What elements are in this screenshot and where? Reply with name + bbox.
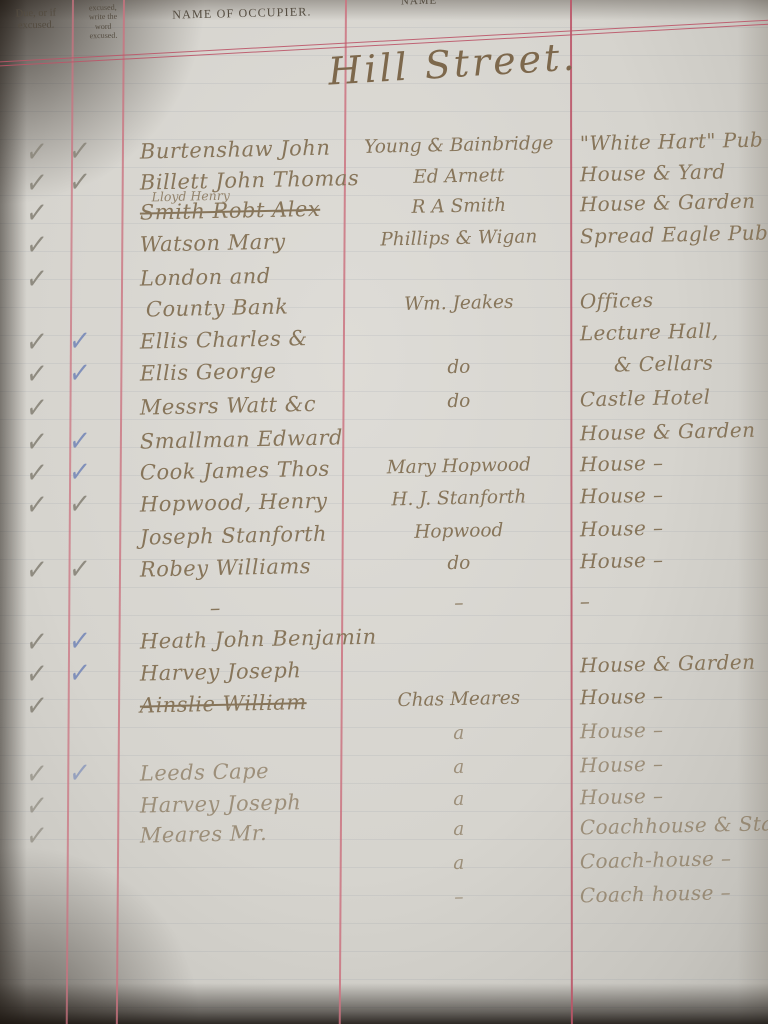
tick-mark-excused: ✓ (67, 323, 91, 361)
owner-name: a (350, 851, 568, 877)
tick-mark-due: ✓ (24, 624, 48, 662)
premises-description: – (580, 589, 591, 613)
tick-mark-excused: ✓ (67, 755, 91, 793)
occupier-name: Joseph Stanforth (140, 522, 328, 550)
premises-description: & Cellars (614, 351, 714, 377)
premises-description: House – (580, 784, 664, 810)
occupier-name: Watson Mary (140, 230, 286, 257)
owner-name: do (350, 551, 568, 577)
tick-mark-excused: ✓ (67, 355, 91, 393)
column-header-occupier: NAME OF OCCUPIER. (138, 4, 346, 24)
premises-description: House – (580, 483, 664, 509)
tick-mark-excused: ✓ (67, 454, 91, 492)
premises-description: House & Garden (580, 650, 756, 678)
owner-name: – (350, 885, 568, 911)
premises-description: House – (580, 451, 664, 477)
premises-description: Coach-house – (580, 846, 732, 873)
premises-description: Offices (580, 288, 654, 314)
premises-description: House – (580, 718, 664, 744)
tick-mark-due: ✓ (24, 390, 48, 428)
premises-description: House – (580, 684, 664, 710)
tick-mark-due: ✓ (24, 487, 48, 525)
occupier-name: – (210, 596, 222, 620)
ledger-page: Due, or if excused. Ifexcused,write thew… (0, 0, 768, 1024)
premises-description: House & Yard (580, 159, 726, 186)
owner-name: a (350, 787, 568, 813)
owner-name: Young & Bainbridge (350, 133, 568, 159)
tick-mark-due: ✓ (24, 818, 48, 856)
column-header-excused: Ifexcused,write thewordexcused. (77, 0, 128, 41)
owner-name: Phillips & Wigan (350, 226, 568, 252)
occupier-name: Ellis Charles & (140, 326, 308, 354)
tick-mark-due: ✓ (24, 656, 48, 694)
owner-name: do (350, 389, 568, 415)
tick-mark-excused: ✓ (67, 486, 91, 524)
interlined-note: Lloyd Henry (151, 188, 230, 205)
tick-mark-due: ✓ (24, 195, 48, 233)
premises-description: House – (580, 516, 664, 542)
column-header-due-line2: excused. (4, 19, 68, 32)
occupier-name: Harvey Joseph (140, 658, 302, 685)
occupier-name: County Bank (146, 294, 289, 321)
owner-name: Chas Meares (350, 687, 568, 713)
premises-description: Spread Eagle Publ (580, 220, 768, 248)
tick-mark-excused: ✓ (67, 655, 91, 693)
occupier-name: Burtenshaw John (140, 136, 331, 164)
tick-mark-excused: ✓ (67, 164, 91, 202)
tick-mark-due: ✓ (24, 552, 48, 590)
tick-mark-excused: ✓ (67, 551, 91, 589)
premises-description: Lecture Hall, (580, 318, 719, 345)
occupier-name: Cook James Thos (140, 457, 330, 485)
occupier-name: Robey Williams (140, 554, 312, 582)
occupier-name: Smallman Edward (140, 425, 344, 453)
occupier-name: Messrs Watt &c (140, 392, 317, 420)
premises-description: House – (580, 752, 664, 778)
owner-name: Hopwood (350, 519, 568, 545)
owner-name: do (350, 355, 568, 381)
occupier-name: Heath John Benjamin (140, 625, 377, 654)
premises-description: House & Garden (580, 418, 756, 446)
premises-description: "White Hart" Pub (580, 128, 764, 156)
occupier-name: Ainslie William (140, 690, 307, 717)
occupier-name: Meares Mr. (140, 821, 268, 848)
owner-name: a (350, 755, 568, 781)
owner-name: Ed Arnett (350, 164, 568, 190)
premises-description: Coach house – (580, 880, 732, 907)
owner-name: R A Smith (350, 194, 568, 220)
tick-mark-due: ✓ (24, 261, 48, 299)
occupier-name: Harvey Joseph (140, 790, 302, 817)
tick-mark-due: ✓ (24, 227, 48, 265)
tick-mark-due: ✓ (24, 324, 48, 362)
column-header-excused-line: excused. (78, 30, 128, 41)
owner-name: a (350, 817, 568, 843)
premises-description: House – (580, 548, 664, 574)
owner-name: Wm. Jeakes (350, 291, 568, 317)
tick-mark-due: ✓ (24, 688, 48, 726)
occupier-name: Ellis George (140, 359, 277, 386)
tick-mark-excused: ✓ (67, 623, 91, 661)
owner-name: Mary Hopwood (350, 454, 568, 480)
occupier-name: London and (140, 264, 271, 291)
premises-description: Castle Hotel (580, 385, 711, 412)
tick-mark-due: ✓ (24, 356, 48, 394)
column-header-owner-fragment: NAME (384, 0, 454, 6)
tick-mark-due: ✓ (24, 756, 48, 794)
occupier-name: Leeds Cape (140, 759, 270, 786)
owner-name: a (350, 721, 568, 747)
premises-description: Coachhouse & Sta (580, 811, 768, 839)
tick-mark-due: ✓ (24, 455, 48, 493)
owner-name: H. J. Stanforth (350, 486, 568, 512)
premises-description: House & Garden (580, 189, 756, 217)
column-header-due: Due, or if excused. (4, 7, 69, 32)
occupier-name: Hopwood, Henry (140, 489, 328, 517)
owner-name: – (350, 591, 568, 617)
